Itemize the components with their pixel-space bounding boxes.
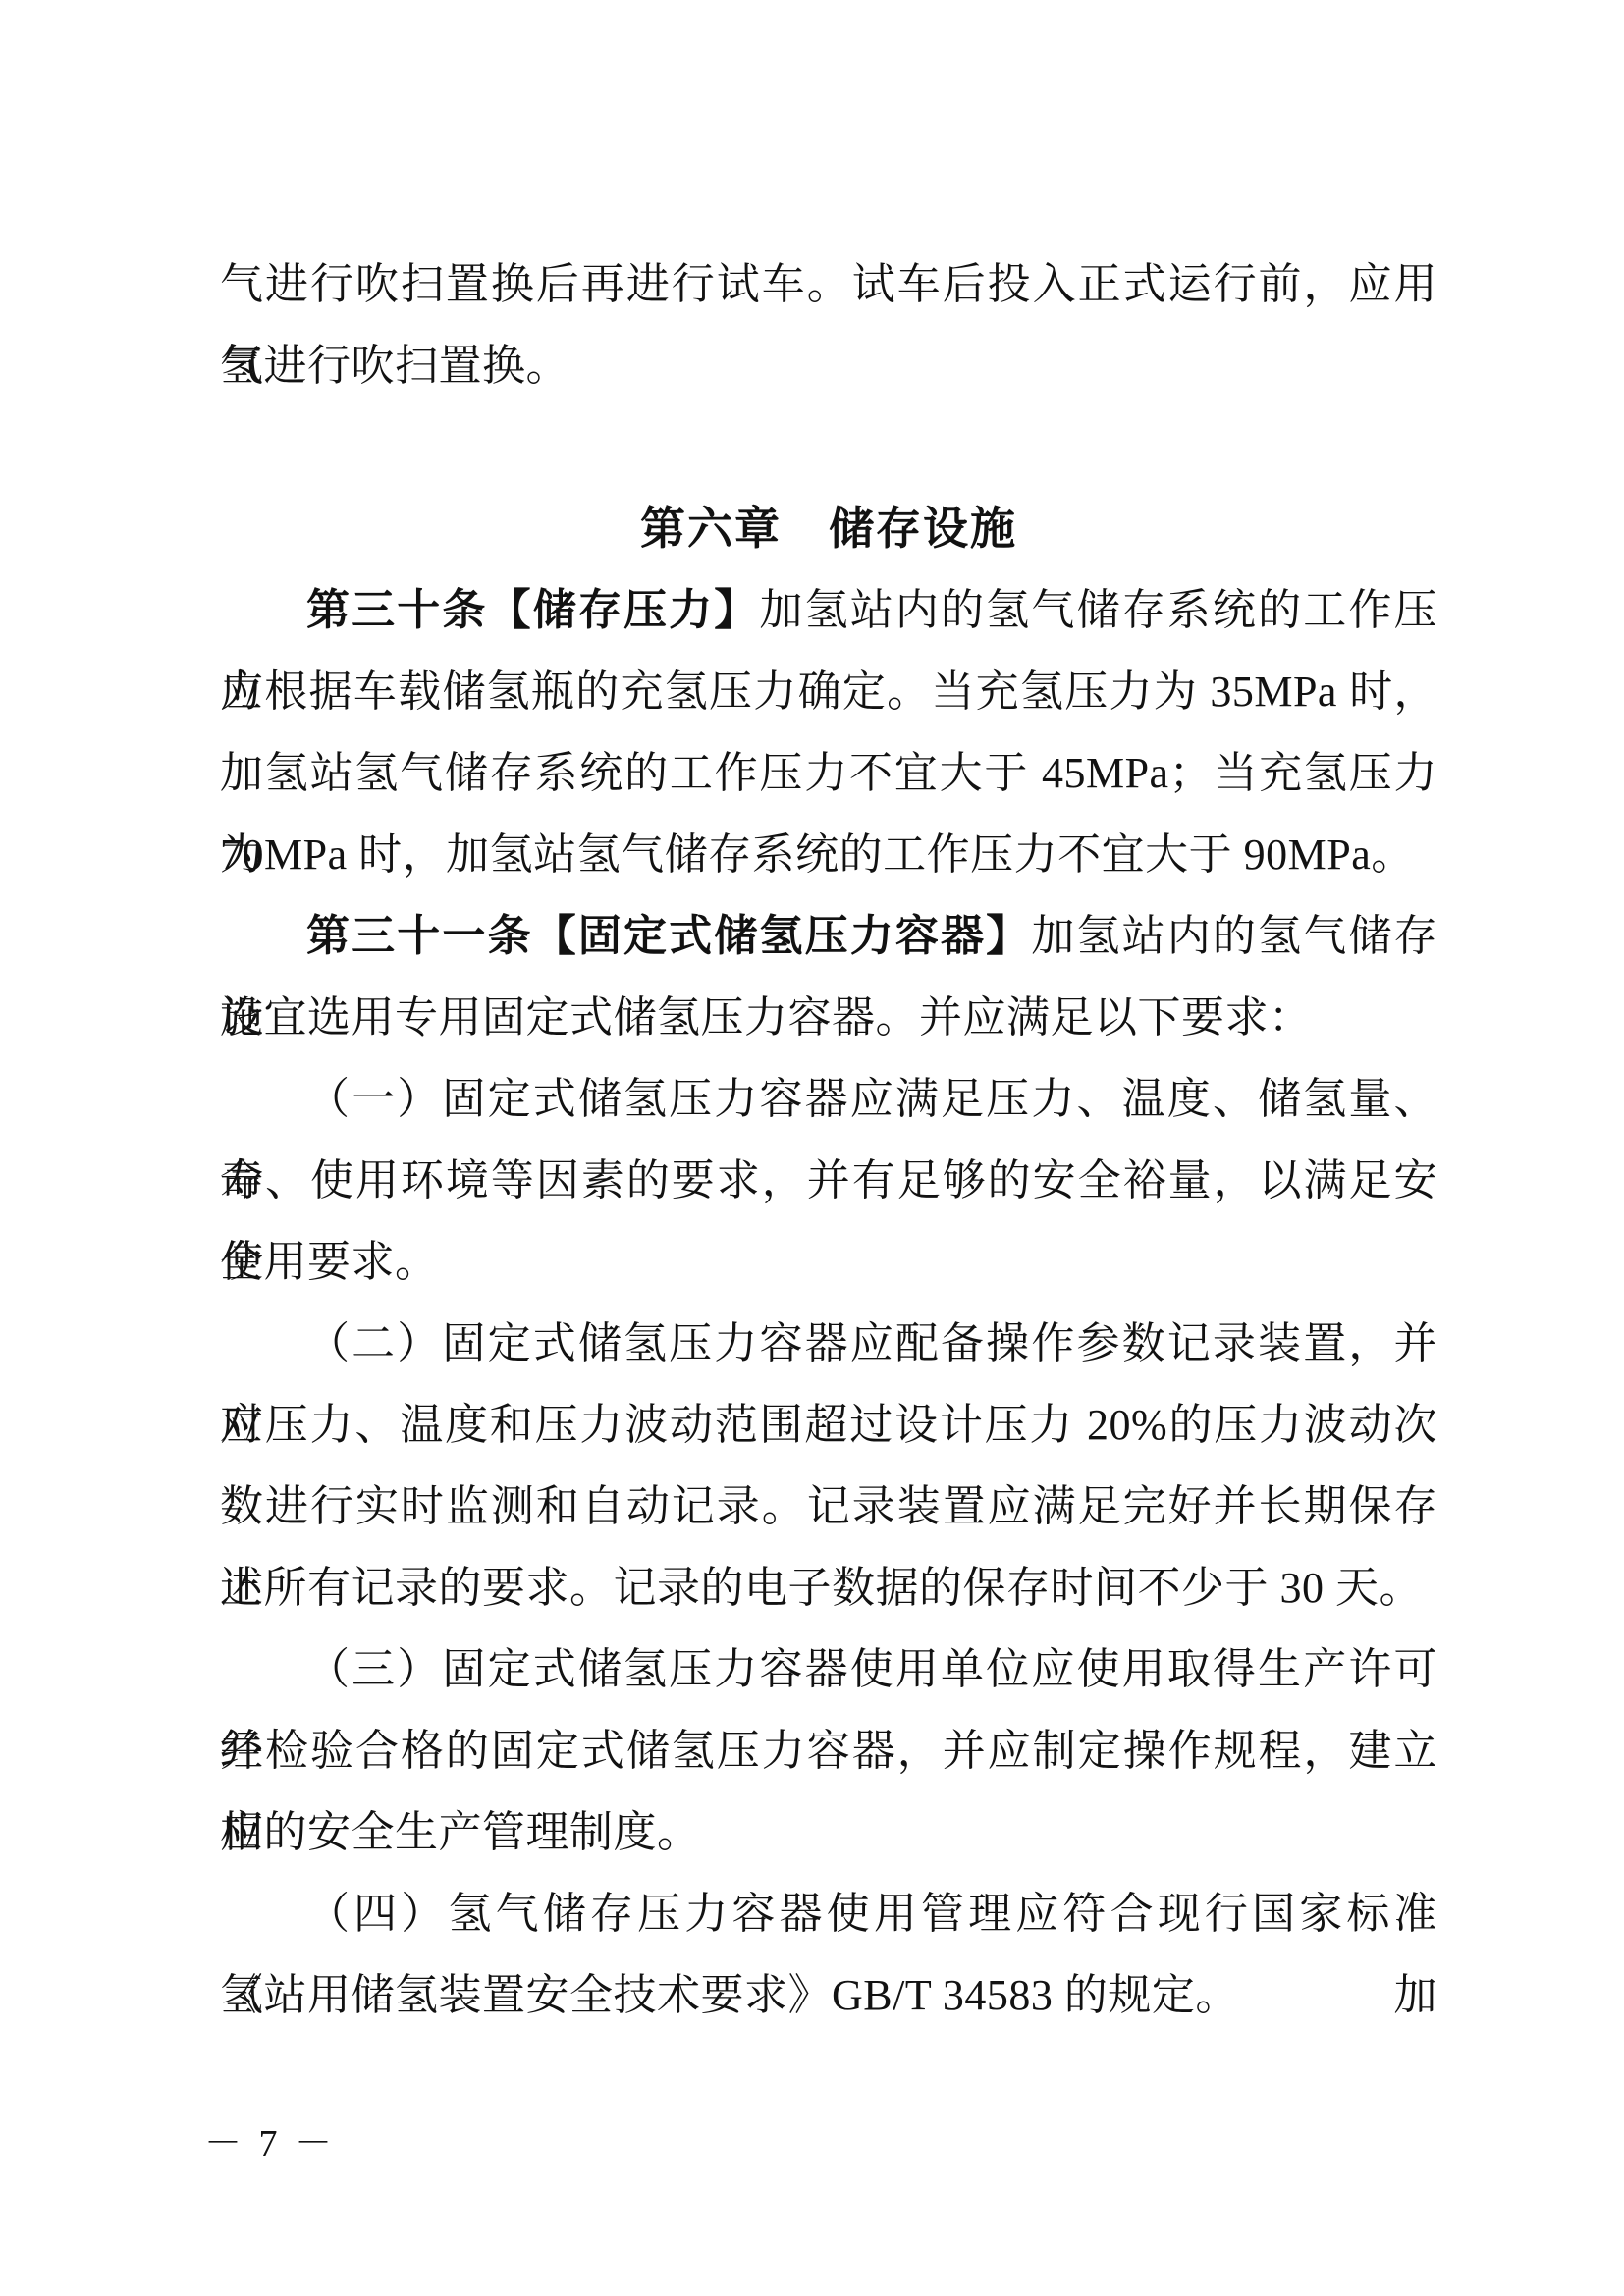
- text-segment: 氢站用储氢装置安全技术要求》GB/T 34583 的规定。: [220, 1971, 1239, 2019]
- text-line: 70MPa 时，加氢站氢气储存系统的工作压力不宜大于 90MPa。: [220, 814, 1437, 895]
- text-line: 气进行吹扫置换。: [220, 325, 1437, 406]
- chapter-heading: 第六章 储存设施: [220, 488, 1437, 569]
- text-segment: 70MPa 时，加氢站氢气储存系统的工作压力不宜大于 90MPa。: [220, 830, 1415, 879]
- bold-segment: 第三十一条【固定式储氢压力容器】: [306, 912, 1031, 960]
- text-segment: 应的安全生产管理制度。: [220, 1808, 701, 1856]
- text-line: 应根据车载储氢瓶的充氢压力确定。当充氢压力为 35MPa 时，: [220, 651, 1437, 732]
- text-line: 施宜选用专用固定式储氢压力容器。并应满足以下要求：: [220, 977, 1437, 1058]
- text-line: 经检验合格的固定式储氢压力容器，并应制定操作规程，建立相: [220, 1710, 1437, 1791]
- text-line: 加氢站氢气储存系统的工作压力不宜大于 45MPa；当充氢压力为: [220, 732, 1437, 814]
- document-page: 气进行吹扫置换后再进行试车。试车后投入正式运行前，应用氢 气进行吹扫置换。 第六…: [0, 0, 1624, 2296]
- text-line: 对压力、温度和压力波动范围超过设计压力 20%的压力波动次: [220, 1384, 1437, 1466]
- text-line: 气进行吹扫置换后再进行试车。试车后投入正式运行前，应用氢: [220, 243, 1437, 325]
- text-line: 第三十一条【固定式储氢压力容器】加氢站内的氢气储存设: [220, 895, 1437, 977]
- text-line: 第三十条【储存压力】加氢站内的氢气储存系统的工作压力: [220, 569, 1437, 651]
- paragraph-spacer: [220, 406, 1437, 488]
- text-line: 述所有记录的要求。记录的电子数据的保存时间不少于 30 天。: [220, 1547, 1437, 1629]
- text-segment: 述所有记录的要求。记录的电子数据的保存时间不少于 30 天。: [220, 1564, 1423, 1612]
- text-line: （二）固定式储氢压力容器应配备操作参数记录装置，并应: [220, 1303, 1437, 1384]
- text-line: 应的安全生产管理制度。: [220, 1791, 1437, 1873]
- text-line: （四）氢气储存压力容器使用管理应符合现行国家标准《加: [220, 1873, 1437, 1954]
- text-segment: 施宜选用专用固定式储氢压力容器。并应满足以下要求：: [220, 993, 1313, 1041]
- document-body: 气进行吹扫置换后再进行试车。试车后投入正式运行前，应用氢 气进行吹扫置换。 第六…: [220, 243, 1437, 2036]
- text-line: 使用要求。: [220, 1221, 1437, 1303]
- text-line: （一）固定式储氢压力容器应满足压力、温度、储氢量、寿: [220, 1058, 1437, 1140]
- text-segment: 对压力、温度和压力波动范围超过设计压力 20%的压力波动次: [220, 1401, 1437, 1449]
- text-line: 数进行实时监测和自动记录。记录装置应满足完好并长期保存上: [220, 1466, 1437, 1547]
- text-line: （三）固定式储氢压力容器使用单位应使用取得生产许可并: [220, 1629, 1437, 1710]
- text-segment: 气进行吹扫置换。: [220, 342, 569, 390]
- text-segment: 应根据车载储氢瓶的充氢压力确定。当充氢压力为 35MPa 时，: [220, 667, 1437, 716]
- text-line: 命、使用环境等因素的要求，并有足够的安全裕量，以满足安全: [220, 1140, 1437, 1221]
- bold-segment: 第三十条【储存压力】: [306, 586, 759, 634]
- text-segment: 使用要求。: [220, 1238, 439, 1286]
- page-number: － 7 －: [204, 2120, 336, 2167]
